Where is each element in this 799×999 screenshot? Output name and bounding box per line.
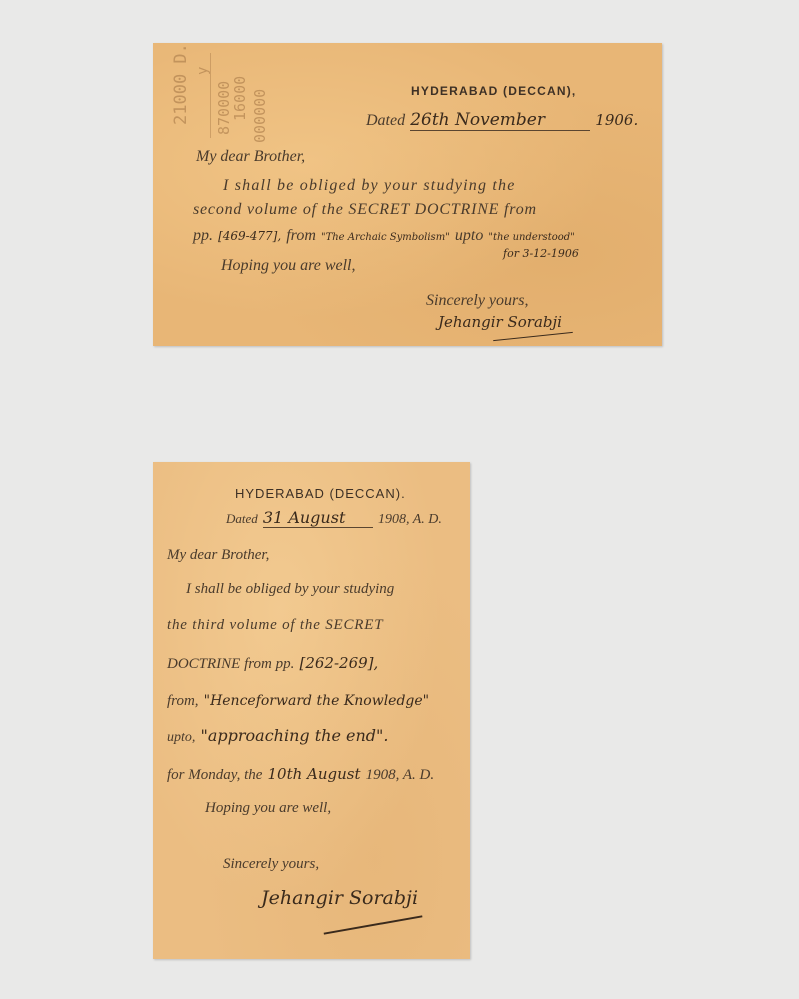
postcard-1908: HYDERABAD (DECCAN). Dated 31 August 1908… (153, 462, 470, 959)
for-year: 1908, A. D. (366, 767, 434, 783)
pencil-note-4: 16000 (231, 76, 249, 121)
from-text-handwritten: "The Archaic Symbolism" (321, 232, 450, 243)
date-line: Dated 31 August 1908, A. D. (226, 508, 442, 528)
from-label: from, (167, 693, 199, 709)
signature: Jehangir Sorabji (438, 313, 562, 331)
pp-label: DOCTRINE from pp. (167, 656, 294, 672)
salutation: My dear Brother, (167, 547, 269, 564)
date-line: Dated 26th November 1906. (366, 110, 638, 131)
signoff: Sincerely yours, (426, 292, 528, 310)
pencil-note-5: 000000 (251, 89, 269, 143)
for-label: for Monday, the (167, 767, 262, 783)
from-label: from (286, 227, 316, 244)
letterhead: HYDERABAD (DECCAN). (235, 486, 406, 501)
pencil-note-1: 21000 D. (171, 43, 191, 125)
signoff: Sincerely yours, (223, 856, 319, 873)
dated-label: Dated (366, 112, 405, 129)
body-line-1: I shall be obliged by your studying (186, 581, 394, 598)
pp-label: pp. (193, 227, 213, 244)
signature-flourish (493, 332, 573, 341)
body-line-3: DOCTRINE from pp. [262-269], (167, 653, 378, 673)
pages-handwritten: [469-477], (218, 229, 281, 243)
for-date-handwritten: for 3-12-1906 (503, 247, 579, 260)
body-line-3: pp. [469-477], from "The Archaic Symboli… (193, 225, 575, 245)
body-line-2: second volume of the SECRET DOCTRINE fro… (193, 201, 537, 219)
upto-label: upto, (167, 730, 195, 745)
signature-flourish (324, 915, 423, 934)
body-line-1: I shall be obliged by your studying the (223, 177, 516, 195)
signature: Jehangir Sorabji (261, 887, 418, 909)
pencil-note-2: y (195, 67, 211, 75)
body-line-5: upto, "approaching the end". (167, 726, 388, 746)
date-handwritten: 26th November (410, 110, 590, 131)
upto-text-handwritten: "approaching the end". (200, 726, 388, 745)
body-line-4: from, "Henceforward the Knowledge" (167, 690, 429, 710)
dated-label: Dated (226, 511, 258, 526)
postcard-1906: 21000 D. y 870000 16000 000000 HYDERABAD… (153, 43, 662, 346)
body-line-6: for Monday, the 10th August 1908, A. D. (167, 764, 434, 784)
date-year: 1906. (595, 111, 638, 129)
pencil-rule (210, 53, 211, 138)
date-handwritten: 31 August (263, 508, 373, 528)
closing: Hoping you are well, (221, 257, 356, 275)
letterhead: HYDERABAD (DECCAN), (411, 84, 576, 98)
pages-handwritten: [262-269], (299, 654, 378, 672)
for-date-handwritten: 10th August (268, 765, 361, 783)
date-year: 1908, A. D. (378, 512, 442, 527)
body-line-2: the third volume of the SECRET (167, 617, 383, 634)
salutation: My dear Brother, (196, 148, 305, 166)
upto-text-handwritten: "the understood" (488, 232, 574, 243)
upto-label: upto (455, 227, 483, 244)
from-text-handwritten: "Henceforward the Knowledge" (204, 693, 430, 709)
closing: Hoping you are well, (205, 800, 331, 817)
